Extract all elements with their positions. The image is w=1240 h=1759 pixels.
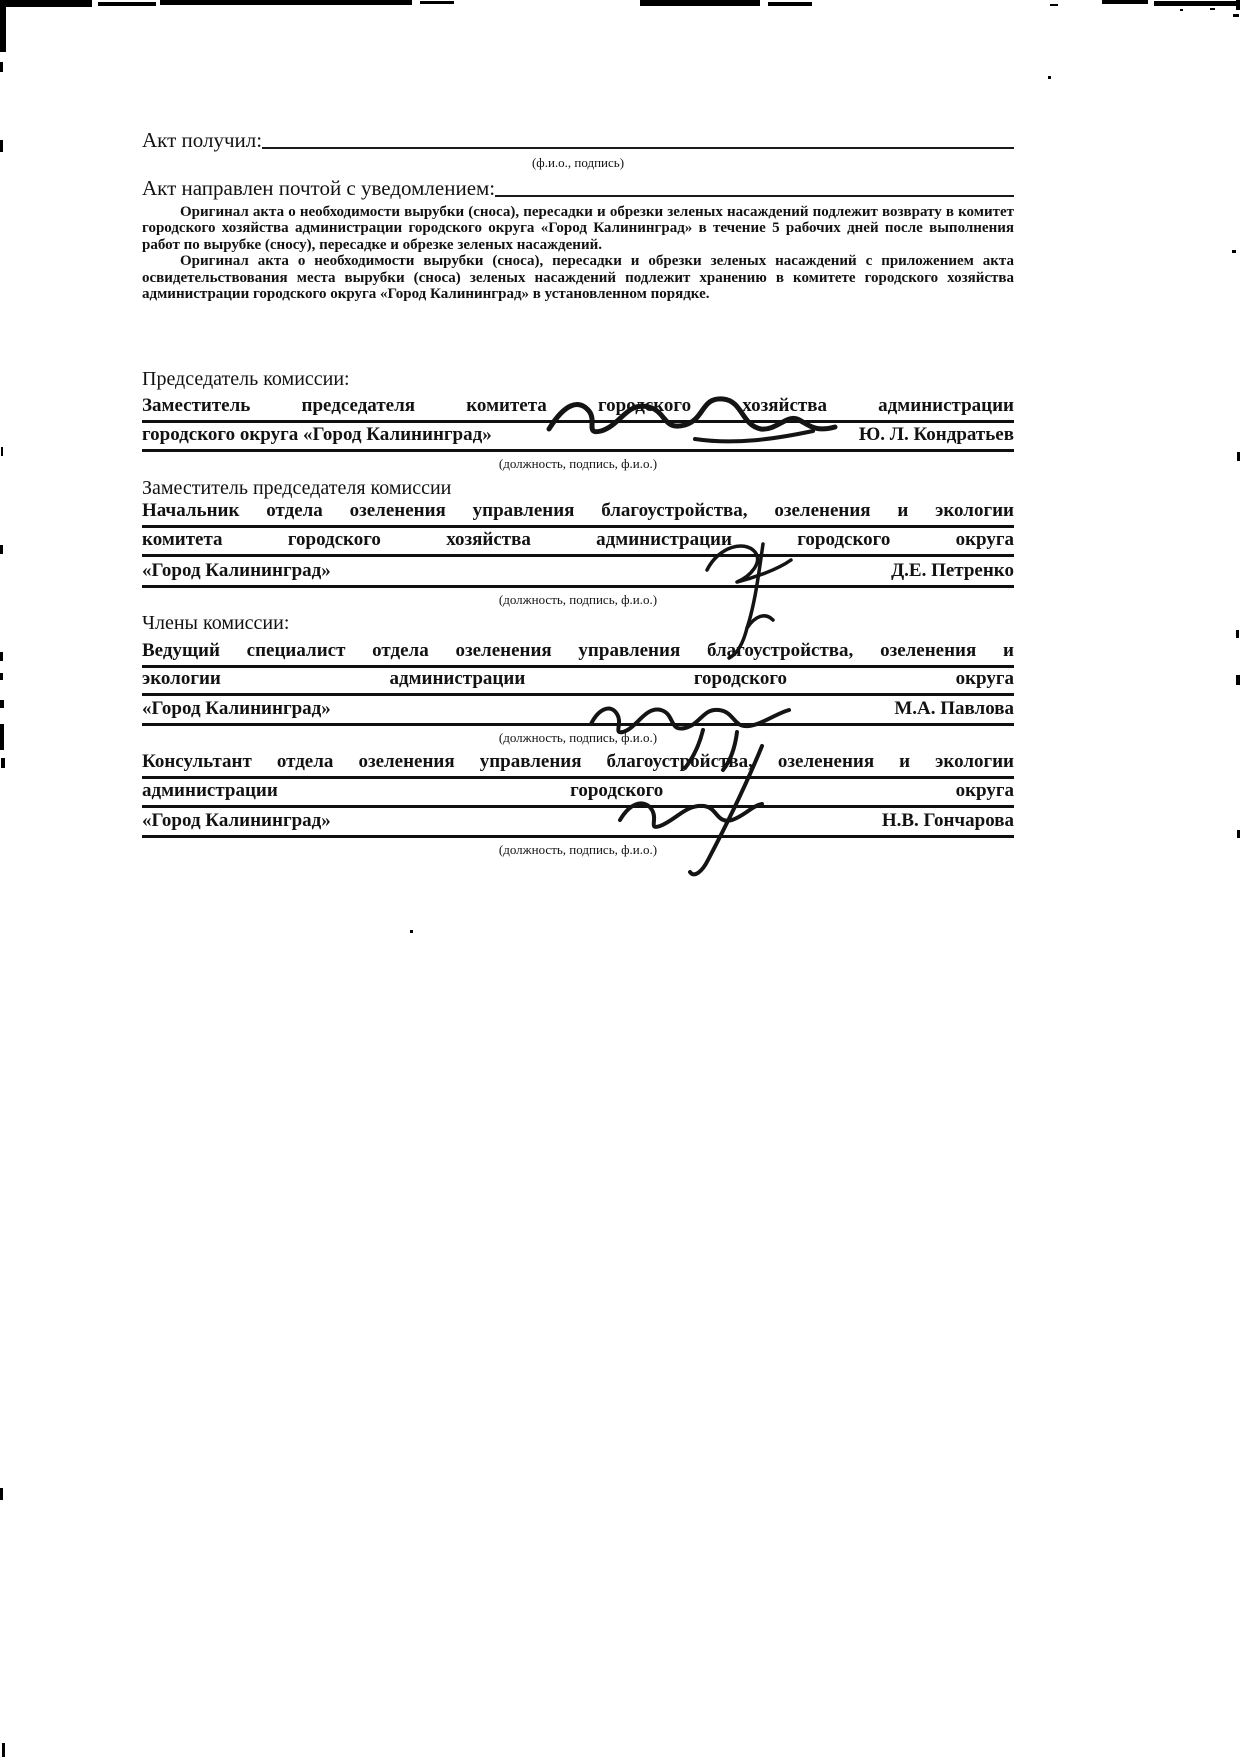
- scan-artifact: [98, 2, 156, 6]
- deputy-name: Д.Е. Петренко: [891, 560, 1014, 582]
- scan-artifact: [0, 545, 3, 554]
- scan-artifact: [1, 758, 5, 768]
- scan-artifact: [410, 930, 413, 933]
- member1-title-line3-row: «Город Калининград» М.А. Павлова: [142, 698, 1014, 726]
- chairman-title-line2: городского округа «Город Калининград»: [142, 424, 492, 446]
- scan-artifact: [1050, 4, 1058, 6]
- members-heading: Члены комиссии:: [142, 612, 1014, 635]
- member1-title-line3: «Город Калининград»: [142, 698, 331, 720]
- paragraph-storage-original: Оригинал акта о необходимости вырубки (с…: [142, 253, 1014, 302]
- scan-artifact: [0, 0, 92, 7]
- act-mailed-label: Акт направлен почтой с уведомлением:: [142, 176, 495, 200]
- member2-name: Н.В. Гончарова: [882, 810, 1014, 832]
- scan-artifact: [0, 140, 3, 152]
- scan-artifact: [0, 700, 4, 708]
- member2-title-line2: администрации городского округа: [142, 780, 1014, 808]
- chairman-title-line1: Заместитель председателя комитета городс…: [142, 395, 1014, 423]
- chairman-heading: Председатель комиссии:: [142, 368, 1014, 391]
- scan-artifact: [1, 447, 3, 456]
- act-received-label: Акт получил:: [142, 128, 262, 152]
- fine-print-paragraphs: Оригинал акта о необходимости вырубки (с…: [142, 204, 1014, 302]
- scan-artifact: [1236, 630, 1239, 638]
- scan-artifact: [1210, 8, 1215, 10]
- scan-artifact: [0, 1488, 3, 1500]
- member2-title-line3: «Город Калининград»: [142, 810, 331, 832]
- scan-artifact: [0, 652, 3, 661]
- fio-signature-line: [262, 147, 1014, 149]
- member1-title-line2: экологии администрации городского округа: [142, 668, 1014, 696]
- chairman-title-line2-row: городского округа «Город Калининград» Ю.…: [142, 424, 1014, 452]
- position-caption: (должность, подпись, ф.и.о.): [142, 842, 1014, 857]
- act-received-row: Акт получил:: [142, 128, 1014, 152]
- scan-artifact: [2, 1743, 5, 1757]
- scan-artifact: [0, 0, 6, 52]
- scan-artifact: [640, 0, 760, 6]
- deputy-title-line2: комитета городского хозяйства администра…: [142, 529, 1014, 557]
- fio-caption: (ф.и.о., подпись): [142, 155, 1014, 170]
- scan-artifact: [0, 724, 4, 750]
- scan-artifact: [1048, 76, 1051, 79]
- deputy-title-line3: «Город Калининград»: [142, 560, 331, 582]
- deputy-title-line1: Начальник отдела озеленения управления б…: [142, 500, 1014, 528]
- scan-artifact: [1233, 14, 1239, 17]
- deputy-title-line3-row: «Город Калининград» Д.Е. Петренко: [142, 560, 1014, 588]
- member2-title-line1: Консультант отдела озеленения управления…: [142, 751, 1014, 779]
- position-caption: (должность, подпись, ф.и.о.): [142, 456, 1014, 471]
- act-mailed-row: Акт направлен почтой с уведомлением:: [142, 176, 1014, 200]
- member2-title-line3-row: «Город Калининград» Н.В. Гончарова: [142, 810, 1014, 838]
- scan-artifact: [1180, 9, 1183, 11]
- paragraph-return-original: Оригинал акта о необходимости вырубки (с…: [142, 204, 1014, 253]
- scanned-document-page: Акт получил: (ф.и.о., подпись) Акт напра…: [0, 0, 1240, 1759]
- deputy-chairman-heading: Заместитель председателя комиссии: [142, 477, 1014, 500]
- scan-artifact: [0, 673, 3, 680]
- scan-artifact: [0, 62, 3, 72]
- scan-artifact: [160, 0, 412, 5]
- scan-artifact: [1236, 675, 1240, 685]
- scan-artifact: [768, 2, 812, 6]
- position-caption: (должность, подпись, ф.и.о.): [142, 592, 1014, 607]
- scan-artifact: [1232, 250, 1236, 253]
- scan-artifact: [1102, 0, 1148, 4]
- scan-artifact: [420, 1, 454, 4]
- chairman-name: Ю. Л. Кондратьев: [859, 424, 1014, 446]
- mail-note-line: [495, 195, 1014, 197]
- member1-name: М.А. Павлова: [894, 698, 1014, 720]
- scan-artifact: [1154, 1, 1240, 6]
- member1-title-line1: Ведущий специалист отдела озеленения упр…: [142, 640, 1014, 668]
- scan-artifact: [1236, 0, 1240, 10]
- position-caption: (должность, подпись, ф.и.о.): [142, 730, 1014, 745]
